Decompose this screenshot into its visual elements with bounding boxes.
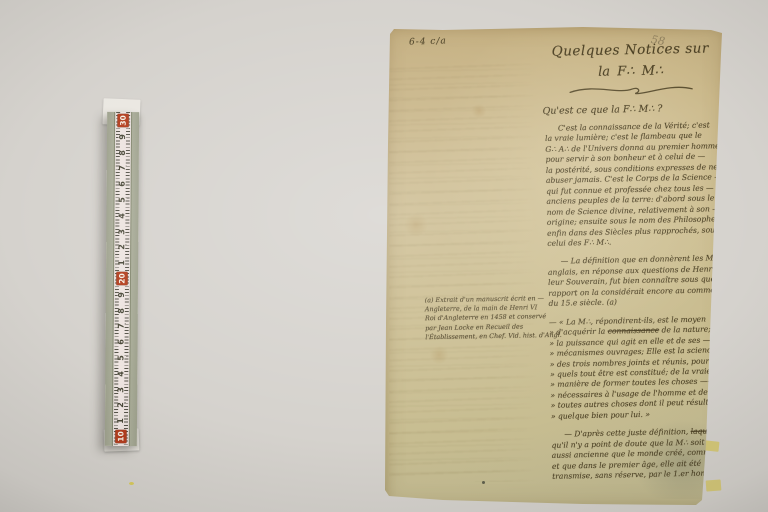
- paragraph-2: — La définition que en donnèrent les Maç…: [544, 254, 727, 310]
- measuring-ruler: 309876543212098765432110: [105, 112, 139, 446]
- ruler-mark-7: 7: [116, 324, 128, 330]
- ruler-mark-2: 2: [115, 403, 127, 409]
- paragraph-4: — D'après cette juste définition, laquel…: [547, 426, 730, 482]
- struck-word: connaissance: [608, 326, 660, 336]
- ruler-mark-9: 9: [117, 134, 129, 140]
- ruler-mark-6: 6: [116, 339, 128, 345]
- ruler-mark-7: 7: [117, 166, 129, 172]
- paragraph-1: C'est la connaissance de la Vérité; c'es…: [541, 120, 726, 249]
- ruler-mark-2: 2: [116, 245, 128, 251]
- ruler-mark-30: 30: [118, 114, 129, 127]
- verso-show-through: [389, 62, 539, 482]
- manuscript-footnote: (a) Extrait d'un manuscrit écrit en —Ang…: [425, 294, 568, 342]
- ruler-mark-9: 9: [116, 292, 128, 298]
- ruler-mark-5: 5: [115, 355, 127, 361]
- ruler-mark-8: 8: [116, 308, 128, 314]
- ruler-mark-10: 10: [115, 430, 126, 443]
- archival-photograph: 309876543212098765432110 6-4 c/a 58 Quel…: [0, 0, 768, 512]
- pencil-annotation: 6-4 c/a: [409, 36, 447, 47]
- ruler-mark-3: 3: [115, 387, 127, 393]
- ruler-mark-4: 4: [115, 371, 127, 377]
- foxing-spot: [403, 214, 429, 236]
- manuscript-page: 6-4 c/a 58 Quelques Notices sur la F∴ M∴…: [383, 24, 725, 507]
- ruler-mark-5: 5: [117, 197, 129, 203]
- manuscript-question: Qu'est ce que la F∴ M∴ ?: [542, 103, 722, 116]
- struck-word: laquelle: [691, 427, 722, 437]
- ruler-mark-4: 4: [116, 213, 128, 219]
- yellow-tab-lower: [706, 479, 722, 491]
- foxing-spot: [429, 346, 449, 364]
- ruler-mark-3: 3: [116, 229, 128, 235]
- manuscript-text-column: Quelques Notices sur la F∴ M∴ Qu'est ce …: [539, 34, 730, 482]
- yellow-speck: [129, 482, 134, 485]
- title-flourish-icon: [566, 78, 696, 97]
- ruler-mark-6: 6: [117, 181, 129, 187]
- manuscript-title-line2: la F∴ M∴: [540, 63, 722, 80]
- foxing-spot: [471, 104, 487, 118]
- ruler-mark-20: 20: [116, 272, 127, 285]
- paragraph-3: — « La M∴, répondirent-ils, est le moyen…: [545, 314, 729, 422]
- ruler-strip: 309876543212098765432110: [112, 112, 132, 446]
- manuscript-title-line1: Quelques Notices sur: [539, 42, 721, 59]
- ink-speck: [482, 481, 485, 484]
- ruler-mark-1: 1: [115, 418, 127, 424]
- ruler-mark-8: 8: [117, 150, 129, 156]
- ruler-mark-1: 1: [116, 260, 128, 266]
